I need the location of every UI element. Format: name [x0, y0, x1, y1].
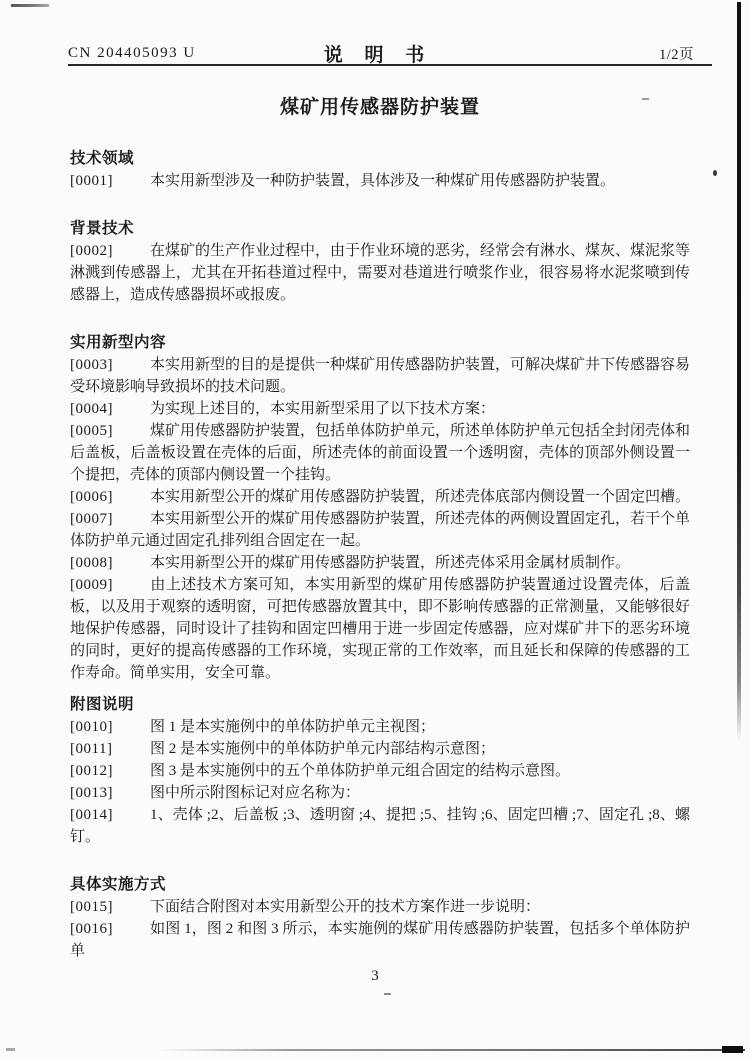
section-heading: 附图说明	[70, 694, 690, 716]
paragraph-number: [0011]	[70, 738, 150, 760]
section-brief-description-of-drawings: 附图说明 [0010]图 1 是本实施例中的单体防护单元主视图； [0011]图…	[70, 694, 690, 848]
paragraph-text: 图 3 是本实施例中的五个单体防护单元组合固定的结构示意图。	[150, 763, 570, 779]
paragraph-number: [0016]	[70, 918, 150, 940]
paragraph-text: 在煤矿的生产作业过程中，由于作业环境的恶劣，经常会有淋水、煤灰、煤泥浆等淋溅到传…	[70, 243, 690, 303]
scan-artifact-bottom-right-mark	[722, 1046, 743, 1053]
paragraph-number: [0014]	[70, 804, 150, 826]
paragraph-0007: [0007]本实用新型公开的煤矿用传感器防护装置，所述壳体的两侧设置固定孔，若干…	[70, 508, 690, 552]
paragraph-text: 本实用新型涉及一种防护装置，具体涉及一种煤矿用传感器防护装置。	[150, 173, 615, 189]
page-number: 3	[0, 968, 750, 985]
scan-artifact-bottom-line	[160, 1049, 745, 1051]
scan-artifact-right-edge-line	[737, 2, 741, 742]
paragraph-number: [0015]	[70, 896, 150, 918]
paragraph-0015: [0015]下面结合附图对本实用新型公开的技术方案作进一步说明：	[70, 896, 690, 918]
document-type-title: 说 明 书	[0, 40, 750, 67]
paragraph-0008: [0008]本实用新型公开的煤矿用传感器防护装置，所述壳体采用金属材质制作。	[70, 552, 690, 574]
paragraph-text: 本实用新型公开的煤矿用传感器防护装置，所述壳体采用金属材质制作。	[150, 555, 630, 571]
scan-artifact-speck-right	[713, 170, 717, 176]
paragraph-number: [0012]	[70, 760, 150, 782]
section-technical-field: 技术领域 [0001]本实用新型涉及一种防护装置，具体涉及一种煤矿用传感器防护装…	[70, 148, 690, 192]
paragraph-0003: [0003]本实用新型的目的是提供一种煤矿用传感器防护装置，可解决煤矿井下传感器…	[70, 354, 690, 398]
section-heading: 背景技术	[70, 218, 690, 240]
section-detailed-description: 具体实施方式 [0015]下面结合附图对本实用新型公开的技术方案作进一步说明： …	[70, 874, 690, 962]
specification-body: 技术领域 [0001]本实用新型涉及一种防护装置，具体涉及一种煤矿用传感器防护装…	[70, 148, 690, 962]
section-heading: 技术领域	[70, 148, 690, 170]
section-heading: 实用新型内容	[70, 332, 690, 354]
header-rule	[68, 64, 712, 66]
section-heading: 具体实施方式	[70, 874, 690, 896]
paragraph-text: 由上述技术方案可知，本实用新型的煤矿用传感器防护装置通过设置壳体，后盖板，以及用…	[70, 577, 690, 681]
section-background: 背景技术 [0002]在煤矿的生产作业过程中，由于作业环境的恶劣，经常会有淋水、…	[70, 218, 690, 306]
paragraph-number: [0006]	[70, 486, 150, 508]
paragraph-0010: [0010]图 1 是本实施例中的单体防护单元主视图；	[70, 716, 690, 738]
paragraph-0013: [0013]图中所示附图标记对应名称为：	[70, 782, 690, 804]
paragraph-text: 为实现上述目的，本实用新型采用了以下技术方案：	[150, 401, 495, 417]
paragraph-text: 本实用新型公开的煤矿用传感器防护装置，所述壳体的两侧设置固定孔，若干个单体防护单…	[70, 511, 690, 549]
paragraph-text: 图 2 是本实施例中的单体防护单元内部结构示意图；	[150, 741, 495, 757]
paragraph-0005: [0005]煤矿用传感器防护装置，包括单体防护单元，所述单体防护单元包括全封闭壳…	[70, 420, 690, 486]
paragraph-0009: [0009]由上述技术方案可知，本实用新型的煤矿用传感器防护装置通过设置壳体，后…	[70, 574, 690, 684]
paragraph-0004: [0004]为实现上述目的，本实用新型采用了以下技术方案：	[70, 398, 690, 420]
paragraph-text: 煤矿用传感器防护装置，包括单体防护单元，所述单体防护单元包括全封闭壳体和后盖板，…	[70, 423, 690, 483]
paragraph-number: [0004]	[70, 398, 150, 420]
paragraph-number: [0008]	[70, 552, 150, 574]
patent-specification-page: CN 204405093 U 说 明 书 1/2页 煤矿用传感器防护装置 技术领…	[0, 0, 750, 1060]
paragraph-number: [0007]	[70, 508, 150, 530]
paragraph-number: [0001]	[70, 170, 150, 192]
paragraph-text: 图中所示附图标记对应名称为：	[150, 785, 360, 801]
paragraph-text: 1、壳体 ;2、后盖板 ;3、透明窗 ;4、提把 ;5、挂钩 ;6、固定凹槽 ;…	[70, 807, 690, 845]
page-indicator: 1/2页	[659, 43, 694, 64]
paragraph-0001: [0001]本实用新型涉及一种防护装置，具体涉及一种煤矿用传感器防护装置。	[70, 170, 690, 192]
scan-artifact-speck-bottom-left	[6, 1048, 15, 1051]
paragraph-0011: [0011]图 2 是本实施例中的单体防护单元内部结构示意图；	[70, 738, 690, 760]
paragraph-number: [0009]	[70, 574, 150, 596]
paragraph-text: 图 1 是本实施例中的单体防护单元主视图；	[150, 719, 435, 735]
paragraph-0012: [0012]图 3 是本实施例中的五个单体防护单元组合固定的结构示意图。	[70, 760, 690, 782]
scan-artifact-top-left-dash	[11, 4, 49, 7]
section-utility-model-content: 实用新型内容 [0003]本实用新型的目的是提供一种煤矿用传感器防护装置，可解决…	[70, 332, 690, 684]
paragraph-number: [0010]	[70, 716, 150, 738]
paragraph-number: [0003]	[70, 354, 150, 376]
paragraph-text: 如图 1，图 2 和图 3 所示，本实施例的煤矿用传感器防护装置，包括多个单体防…	[70, 921, 690, 959]
paragraph-0002: [0002]在煤矿的生产作业过程中，由于作业环境的恶劣，经常会有淋水、煤灰、煤泥…	[70, 240, 690, 306]
paragraph-text: 下面结合附图对本实用新型公开的技术方案作进一步说明：	[150, 899, 540, 915]
scan-artifact-dash-near-title	[642, 98, 649, 100]
paragraph-0016: [0016]如图 1，图 2 和图 3 所示，本实施例的煤矿用传感器防护装置，包…	[70, 918, 690, 962]
paragraph-0014: [0014]1、壳体 ;2、后盖板 ;3、透明窗 ;4、提把 ;5、挂钩 ;6、…	[70, 804, 690, 848]
paragraph-text: 本实用新型公开的煤矿用传感器防护装置，所述壳体底部内侧设置一个固定凹槽。	[150, 489, 690, 505]
paragraph-0006: [0006]本实用新型公开的煤矿用传感器防护装置，所述壳体底部内侧设置一个固定凹…	[70, 486, 690, 508]
invention-title: 煤矿用传感器防护装置	[70, 92, 690, 119]
paragraph-text: 本实用新型的目的是提供一种煤矿用传感器防护装置，可解决煤矿井下传感器容易受环境影…	[70, 357, 690, 395]
paragraph-number: [0013]	[70, 782, 150, 804]
scan-artifact-dash-under-page-number	[384, 993, 391, 995]
paragraph-number: [0002]	[70, 240, 150, 262]
paragraph-number: [0005]	[70, 420, 150, 442]
